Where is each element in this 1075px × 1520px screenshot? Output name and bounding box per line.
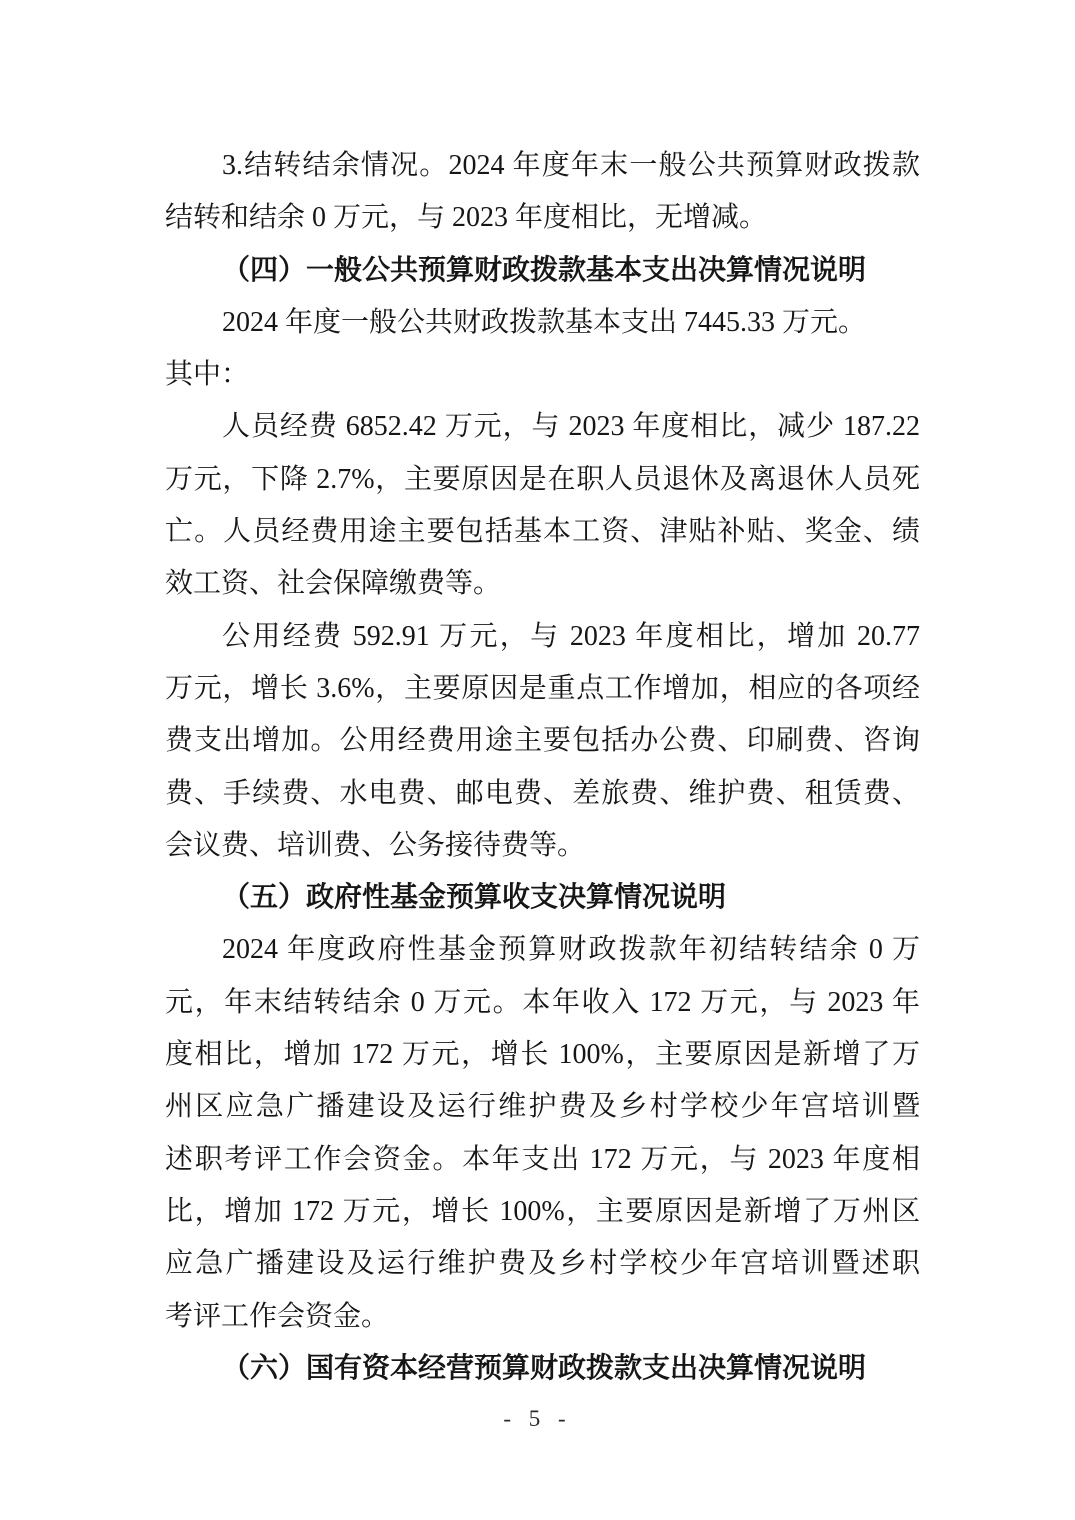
body-line: 亡。人员经费用途主要包括基本工资、津贴补贴、奖金、绩: [165, 506, 920, 558]
body-line: 人员经费 6852.42 万元，与 2023 年度相比，减少 187.22: [165, 401, 920, 453]
page-number: - 5 -: [0, 1406, 1075, 1432]
body-line: 比，增加 172 万元，增长 100%，主要原因是新增了万州区: [165, 1186, 920, 1238]
body-line: 效工资、社会保障缴费等。: [165, 558, 920, 610]
document-body: 3.结转结余情况。2024 年度年末一般公共预算财政拨款 结转和结余 0 万元，…: [165, 140, 920, 1395]
heading-section-6: （六）国有资本经营预算财政拨款支出决算情况说明: [165, 1343, 920, 1395]
document-page: 3.结转结余情况。2024 年度年末一般公共预算财政拨款 结转和结余 0 万元，…: [0, 0, 1075, 1520]
heading-section-4: （四）一般公共预算财政拨款基本支出决算情况说明: [165, 245, 920, 297]
body-line: 3.结转结余情况。2024 年度年末一般公共预算财政拨款: [165, 140, 920, 192]
body-line: 应急广播建设及运行维护费及乡村学校少年宫培训暨述职: [165, 1238, 920, 1290]
body-line: 万元，增长 3.6%，主要原因是重点工作增加，相应的各项经: [165, 663, 920, 715]
body-line: 其中：: [165, 349, 920, 401]
body-line: 州区应急广播建设及运行维护费及乡村学校少年宫培训暨: [165, 1081, 920, 1133]
body-line: 2024 年度政府性基金预算财政拨款年初结转结余 0 万: [165, 924, 920, 976]
body-line: 度相比，增加 172 万元，增长 100%，主要原因是新增了万: [165, 1029, 920, 1081]
heading-section-5: （五）政府性基金预算收支决算情况说明: [165, 872, 920, 924]
body-line: 结转和结余 0 万元，与 2023 年度相比，无增减。: [165, 192, 920, 244]
body-line: 会议费、培训费、公务接待费等。: [165, 820, 920, 872]
body-line: 公用经费 592.91 万元，与 2023 年度相比，增加 20.77: [165, 611, 920, 663]
body-line: 2024 年度一般公共财政拨款基本支出 7445.33 万元。: [165, 297, 920, 349]
body-line: 万元，下降 2.7%，主要原因是在职人员退休及离退休人员死: [165, 454, 920, 506]
body-line: 费、手续费、水电费、邮电费、差旅费、维护费、租赁费、: [165, 768, 920, 820]
body-line: 述职考评工作会资金。本年支出 172 万元，与 2023 年度相: [165, 1134, 920, 1186]
body-line: 费支出增加。公用经费用途主要包括办公费、印刷费、咨询: [165, 715, 920, 767]
body-line: 元，年末结转结余 0 万元。本年收入 172 万元，与 2023 年: [165, 977, 920, 1029]
body-line: 考评工作会资金。: [165, 1291, 920, 1343]
